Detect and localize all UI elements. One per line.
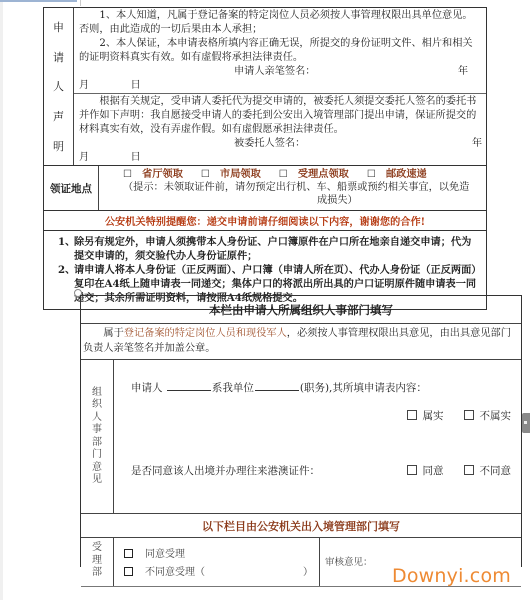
collection-location-row: 领证地点 ☐省厅领取 ☐市局领取 ☐受理点领取 ☐邮政速递 （提示：未领取证件前…	[44, 166, 486, 211]
checkbox-icon[interactable]	[464, 465, 474, 475]
option-label: 同意受理	[145, 549, 185, 560]
year-label: 年	[458, 65, 468, 79]
month-label: 月	[79, 152, 89, 163]
delegate-statement: 根据有关规定，受申请人委托代为提交申请的，被委托人须提交委托人签名的委托书并作如…	[74, 93, 486, 165]
day-label: 日	[130, 152, 140, 163]
accept-options: 同意受理 不同意受理（）	[114, 538, 320, 586]
option-label: 不属实	[480, 410, 512, 422]
collection-hint: （提示：未领取证件前，请勿预定出行机、车、船票或预约相关事宜，以免造	[113, 181, 480, 194]
option-label: 同意	[423, 465, 444, 477]
police-section-title: 以下栏目由公安机关出入境管理部门填写	[81, 514, 521, 538]
applicant-signature-label: 申请人亲笔签名：	[234, 65, 316, 79]
page-margin	[0, 0, 3, 600]
watermark-logo: Downyi.com	[392, 565, 511, 587]
option-province[interactable]: ☐省厅领取	[123, 168, 183, 181]
collection-hint-cont: 成损失）	[113, 194, 480, 207]
option-label: 不同意受理（	[145, 567, 205, 578]
checkbox-icon[interactable]: ☐	[123, 169, 132, 180]
declaration-side-label: 申 请 人 声 明	[44, 8, 74, 165]
org-section-title: 本栏由申请人所属组织人事部门填写	[81, 296, 521, 324]
consent-question: 是否同意该人出境并办理往来港澳证件：	[131, 463, 320, 478]
checkbox-icon[interactable]: ☐	[367, 169, 376, 180]
option-label: 受理点领取	[298, 168, 349, 180]
option-label: 属实	[423, 410, 444, 422]
applicant-position-line: 申请人 系我单位(职务),其所填申请表内容：	[131, 380, 427, 395]
side-panel-toggle[interactable]	[522, 413, 530, 433]
day-label: 日	[130, 80, 140, 91]
checkbox-icon[interactable]	[407, 410, 417, 420]
note-number: 1、	[58, 235, 74, 263]
option-true[interactable]: 属实	[407, 408, 444, 423]
ruler-edge	[0, 0, 77, 2]
accept-side-label: 受 理 部	[81, 538, 114, 586]
side-char: 事	[92, 424, 102, 437]
applicant-name-blank[interactable]	[167, 380, 211, 391]
org-opinion-row: 组 织 人 事 部 门 意 见 申请人 系我单位(职务),其所填申请表内容： 属…	[81, 360, 521, 514]
delegate-signature-label: 被委托人签名：	[234, 137, 305, 151]
statement-paragraph: 根据有关规定，受申请人委托代为提交申请的，被委托人须提交委托人签名的委托书并作如…	[79, 95, 482, 137]
upper-form-table: 申 请 人 声 明 1、本人知道，凡属于登记备案的特定岗位人员必须按人事管理权限…	[43, 7, 487, 310]
side-char: 人	[92, 412, 102, 425]
checkbox-icon[interactable]: ☐	[279, 169, 288, 180]
position-blank[interactable]	[255, 380, 299, 391]
option-label: 不同意	[480, 465, 512, 477]
note-number: 2、	[58, 263, 74, 305]
side-char: 申	[53, 19, 64, 35]
side-char: 理	[92, 555, 102, 568]
option-station[interactable]: ☐受理点领取	[279, 168, 349, 181]
checkbox-icon[interactable]	[464, 410, 474, 420]
side-char: 明	[53, 138, 64, 154]
page-corner-mark	[80, 0, 81, 6]
option-disagree[interactable]: 不同意	[464, 463, 512, 478]
note-text: 除另有规定外，申请人须携带本人身份证、户口簿原件在户口所在地亲自递交申请；代为提…	[74, 235, 480, 263]
side-char: 请	[53, 49, 64, 65]
side-char: 人	[53, 78, 64, 94]
month-label: 月	[79, 80, 89, 91]
option-accept[interactable]: 同意受理	[124, 546, 319, 564]
option-label: 省厅领取	[142, 168, 183, 180]
org-section-intro: 属于登记备案的特定岗位人员和现役军人，必须按人事管理权限出具意见，由出具意见部门…	[81, 324, 521, 360]
side-char: 部	[92, 437, 102, 450]
note-item: 1、 除另有规定外，申请人须携带本人身份证、户口簿原件在户口所在地亲自递交申请；…	[58, 235, 480, 263]
intro-prefix: 属于	[83, 328, 124, 339]
option-agree[interactable]: 同意	[407, 463, 444, 478]
side-char: 见	[92, 474, 102, 487]
option-reject[interactable]: 不同意受理（）	[124, 564, 319, 582]
applicant-statement: 1、本人知道，凡属于登记备案的特定岗位人员必须按人事管理权限出具单位意见。否则，…	[74, 8, 486, 93]
year-label: 年	[472, 137, 482, 151]
side-char: 织	[92, 399, 102, 412]
side-char: 意	[92, 462, 102, 475]
police-reminder: 公安机关特别提醒您：递交申请前请仔细阅读以下内容，谢谢您的合作!	[44, 211, 486, 231]
applicant-label: 申请人	[131, 382, 163, 394]
checkbox-icon[interactable]: ☐	[201, 169, 210, 180]
side-char: 门	[92, 449, 102, 462]
side-char: 声	[53, 108, 64, 124]
side-char: 部	[92, 567, 102, 580]
close-paren: ）	[303, 564, 313, 582]
intro-highlight: 登记备案的特定岗位人员和现役军人	[124, 328, 287, 339]
side-char: 受	[92, 542, 102, 555]
option-false[interactable]: 不属实	[464, 408, 512, 423]
option-post[interactable]: ☐邮政速递	[367, 168, 427, 181]
checkbox-icon[interactable]	[407, 465, 417, 475]
org-side-label: 组 织 人 事 部 门 意 见	[81, 360, 114, 513]
statement-paragraph: 2、本人保证，本申请表格所填内容正确无误，所提交的身份证明文件、相片和相关的证明…	[79, 37, 482, 65]
unit-label: 系我单位	[212, 382, 254, 394]
side-char: 组	[92, 387, 102, 400]
option-label: 市局领取	[220, 168, 261, 180]
collection-label: 领证地点	[44, 166, 99, 210]
statement-paragraph: 1、本人知道，凡属于登记备案的特定岗位人员必须按人事管理权限出具单位意见。否则，…	[79, 9, 482, 37]
option-label: 邮政速递	[386, 168, 427, 180]
option-city[interactable]: ☐市局领取	[201, 168, 261, 181]
lower-form-table: 本栏由申请人所属组织人事部门填写 属于登记备案的特定岗位人员和现役军人，必须按人…	[80, 295, 522, 567]
checkbox-icon[interactable]	[124, 567, 133, 576]
position-label: (职务),其所填申请表内容：	[300, 382, 427, 394]
applicant-declaration: 申 请 人 声 明 1、本人知道，凡属于登记备案的特定岗位人员必须按人事管理权限…	[44, 8, 486, 166]
checkbox-icon[interactable]	[124, 549, 133, 558]
